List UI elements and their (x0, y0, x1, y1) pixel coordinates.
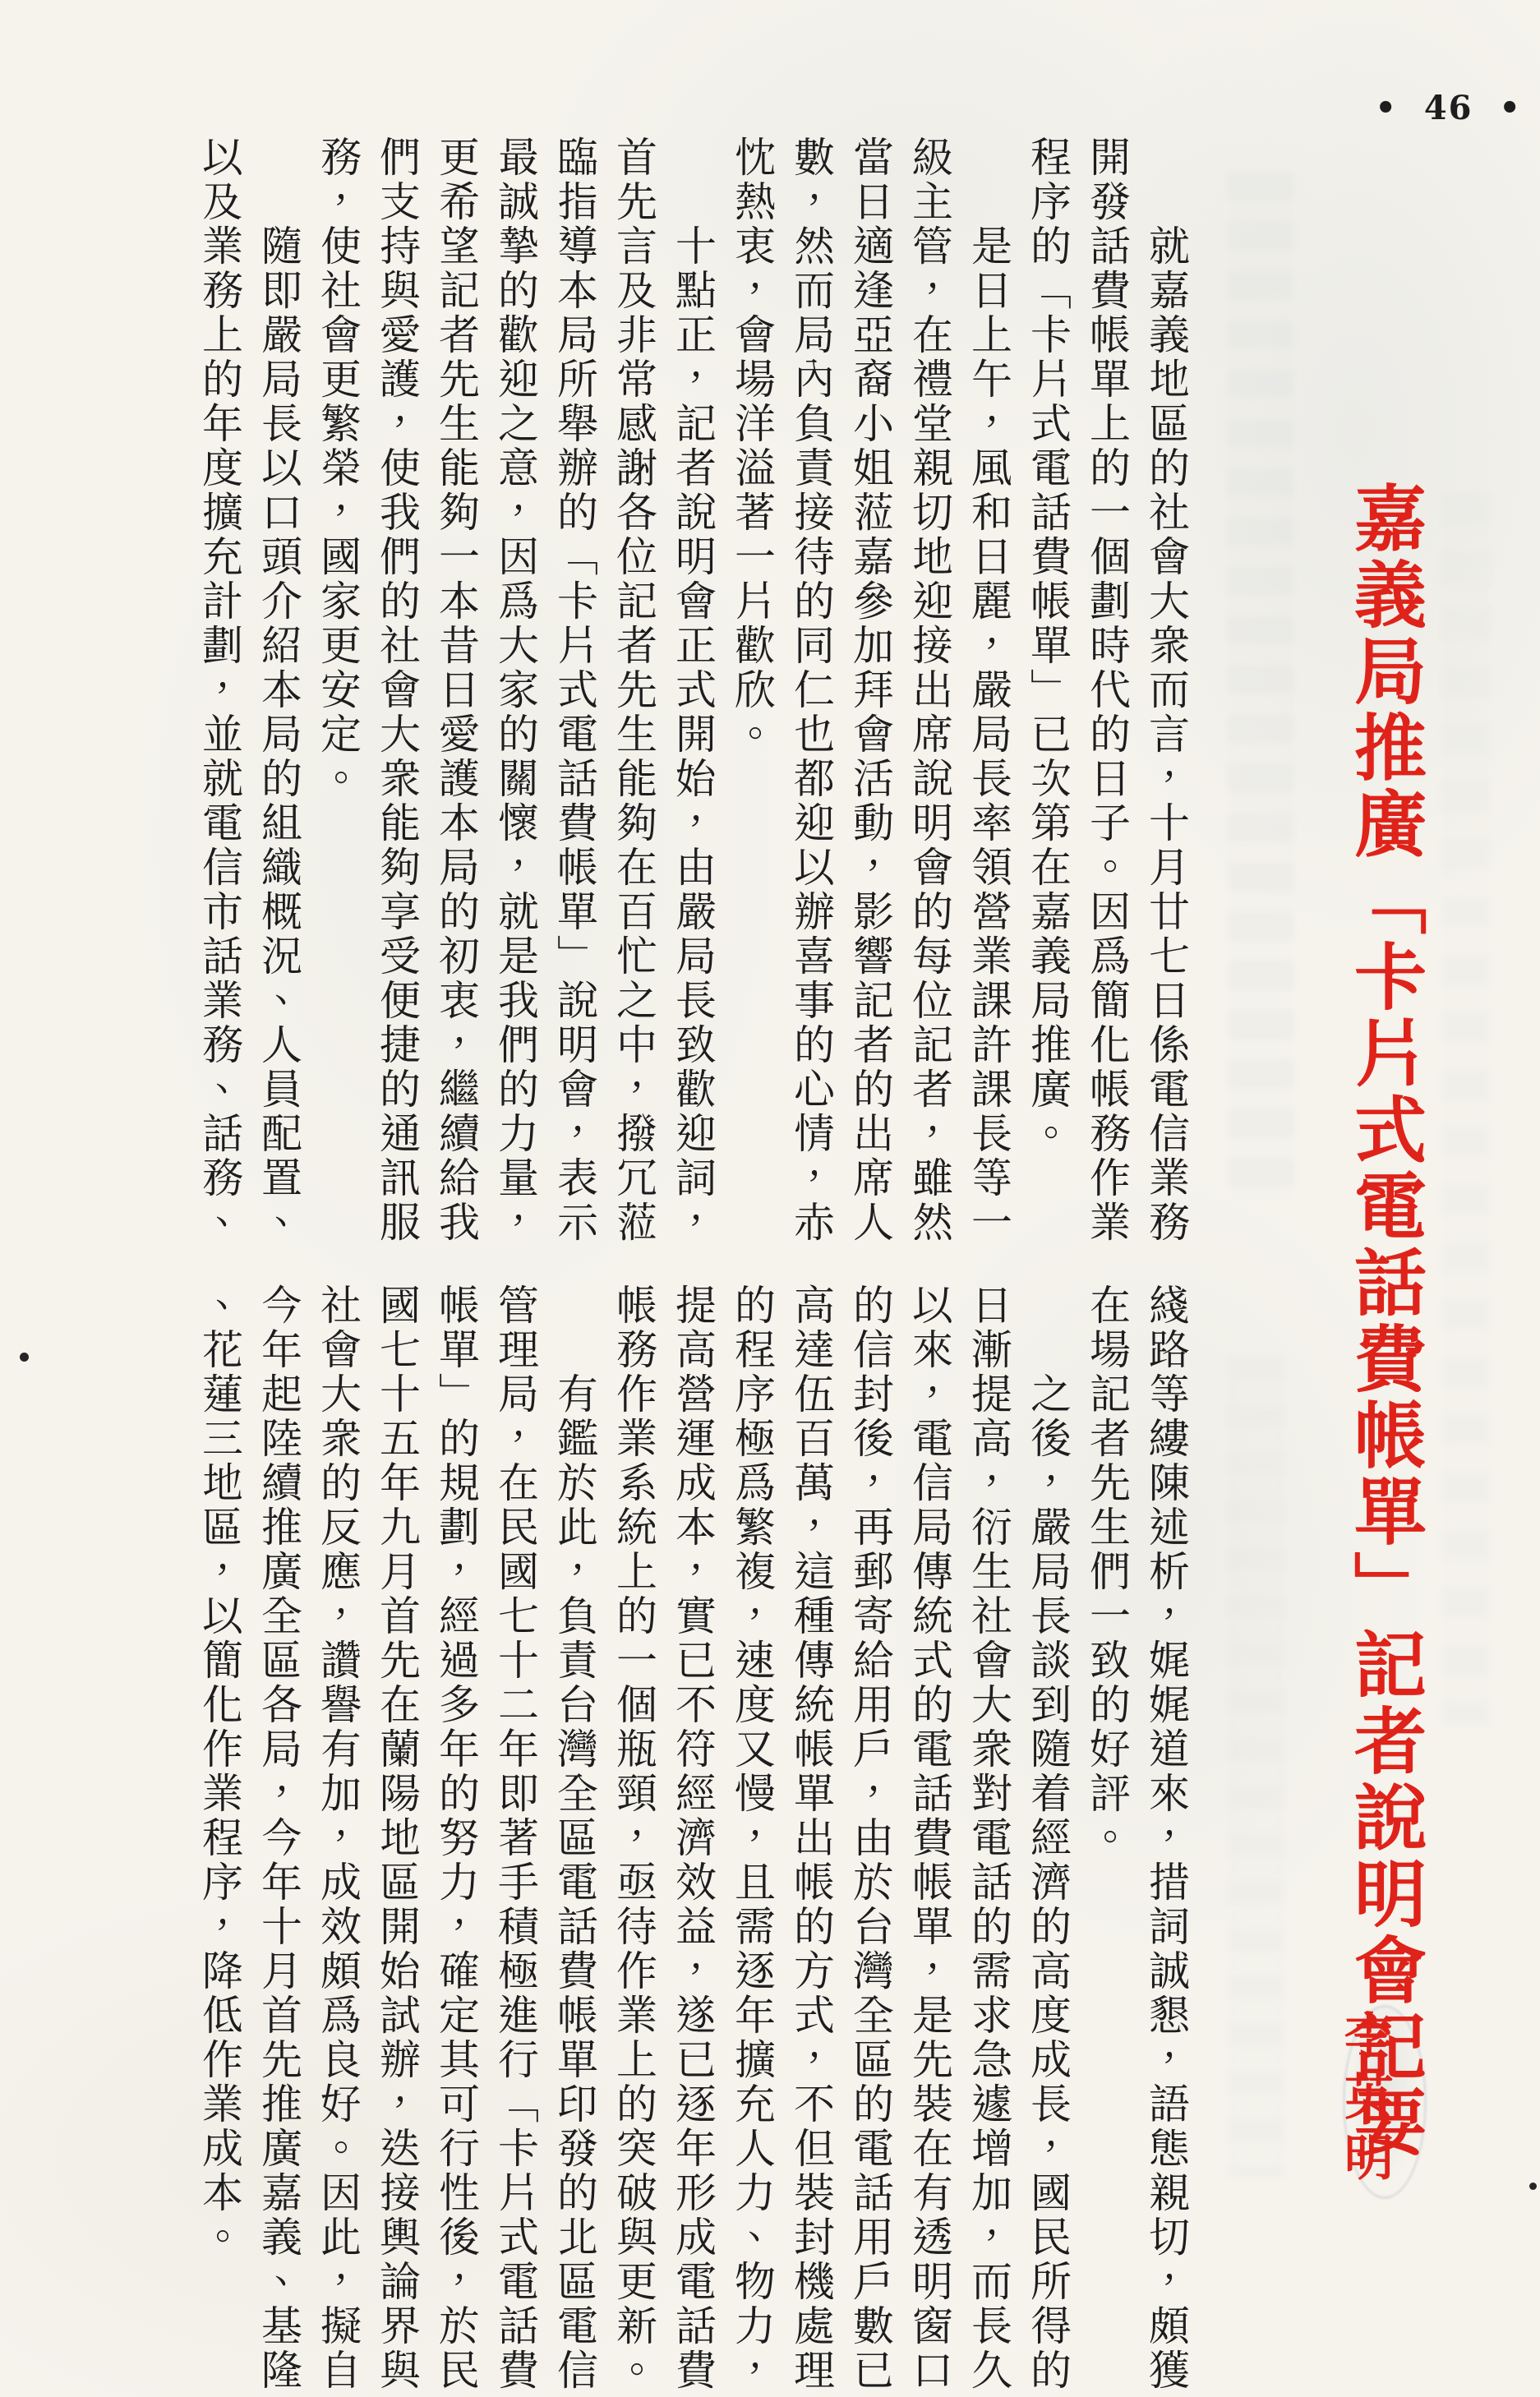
paragraph-continuation: 綫路等縷陳述析，娓娓道來，措詞誠懇，語態親切，頗獲在場記者先生們一致的好評。 (1077, 1284, 1196, 2395)
bleedthrough-smudge (1228, 1356, 1285, 2178)
bleedthrough-smudge (1441, 493, 1491, 1726)
paragraph: 就嘉義地區的社會大衆而言，十月廿七日係電信業務開發話費帳單上的一個劃時代的日子。… (1018, 136, 1196, 1247)
paragraph: 十點正，記者說明會正式開始，由嚴局長致歡迎詞，首先言及非常感謝各位記者先生能夠在… (308, 136, 722, 1247)
ink-speck (20, 1353, 29, 1362)
article-author: 李英明 (1330, 2010, 1400, 2192)
page-number: • 46 • (1375, 89, 1522, 127)
body-text-upper-band: 就嘉義地區的社會大衆而言，十月廿七日係電信業務開發話費帳單上的一個劃時代的日子。… (185, 136, 1196, 1247)
paragraph: 是日上午，風和日麗，嚴局長率領營業課許課長等一級主管，在禮堂親切地迎接出席說明會… (722, 136, 1018, 1247)
scanned-magazine-page: • 46 • 嘉義局推廣「卡片式電話費帳單」記者說明會記要 李英明 就嘉義地區的… (0, 0, 1540, 2397)
article-title: 嘉義局推廣「卡片式電話費帳單」記者說明會記要 (1331, 481, 1435, 2162)
paragraph: 之後，嚴局長談到隨着經濟的高度成長，國民所得的日漸提高，衍生社會大衆對電話的需求… (604, 1284, 1077, 2395)
ink-speck (1529, 2183, 1537, 2190)
body-text-lower-band: 綫路等縷陳述析，娓娓道來，措詞誠懇，語態親切，頗獲在場記者先生們一致的好評。 之… (185, 1284, 1196, 2395)
bleedthrough-smudge (1228, 173, 1293, 1200)
paragraph: 有鑑於此，負責台灣全區電話費帳單印發的北區電信管理局，在民國七十二年即著手積極進… (190, 1284, 604, 2395)
paragraph: 隨即嚴局長以口頭介紹本局的組織概況、人員配置、以及業務上的年度擴充計劃，並就電信… (190, 136, 308, 1247)
